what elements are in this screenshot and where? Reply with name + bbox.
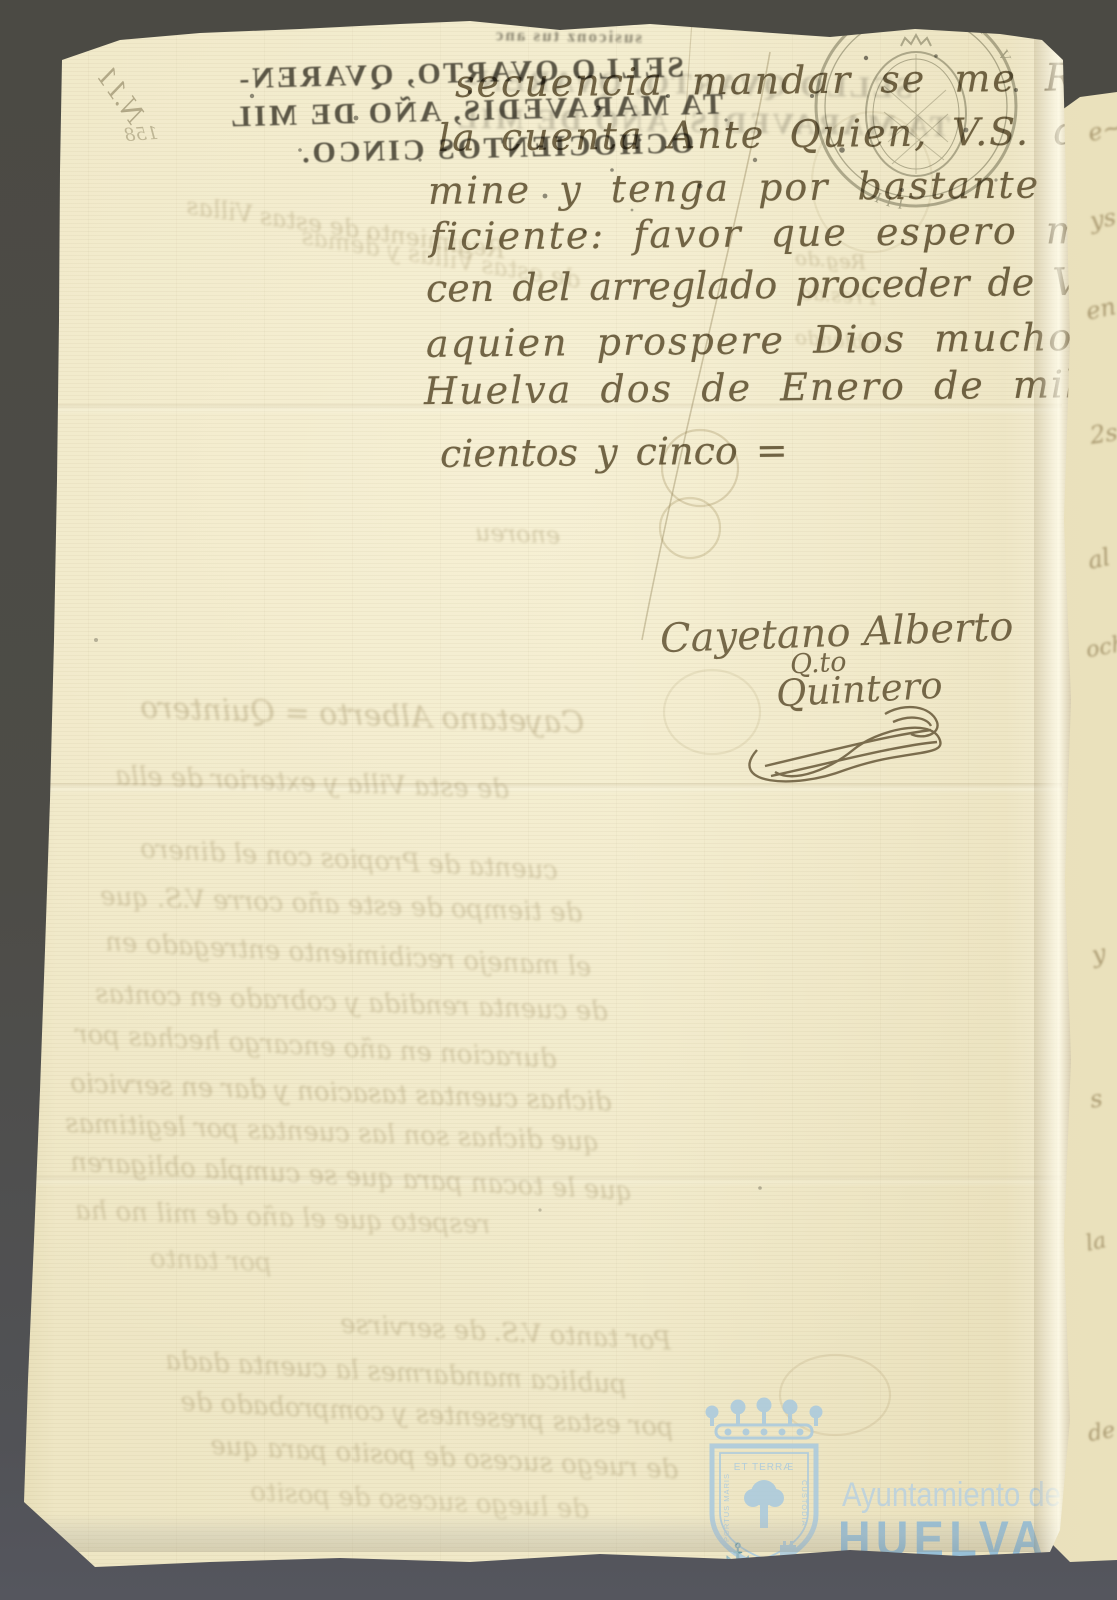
second-page-fragment: al — [1085, 543, 1112, 575]
manuscript-page: Regimiento de estas Villasde estas Villa… — [0, 0, 1117, 1600]
second-page-fragment: och — [1084, 632, 1117, 664]
second-page-fragment: la — [1084, 1228, 1109, 1257]
page-edge-shading — [0, 0, 1117, 1600]
second-page-fragment: en — [1083, 292, 1117, 326]
second-page-fragment: 2s — [1088, 418, 1117, 450]
second-page-fragment: s — [1088, 1084, 1105, 1114]
second-page-fragment: de — [1086, 1418, 1117, 1447]
second-page-fragment: e~ — [1085, 113, 1117, 148]
second-page-fragment: y — [1089, 939, 1108, 969]
scanned-document-photo: e~ysen2salochyslade Regimiento de estas … — [0, 0, 1117, 1600]
second-page-fragment: ys — [1088, 203, 1117, 235]
